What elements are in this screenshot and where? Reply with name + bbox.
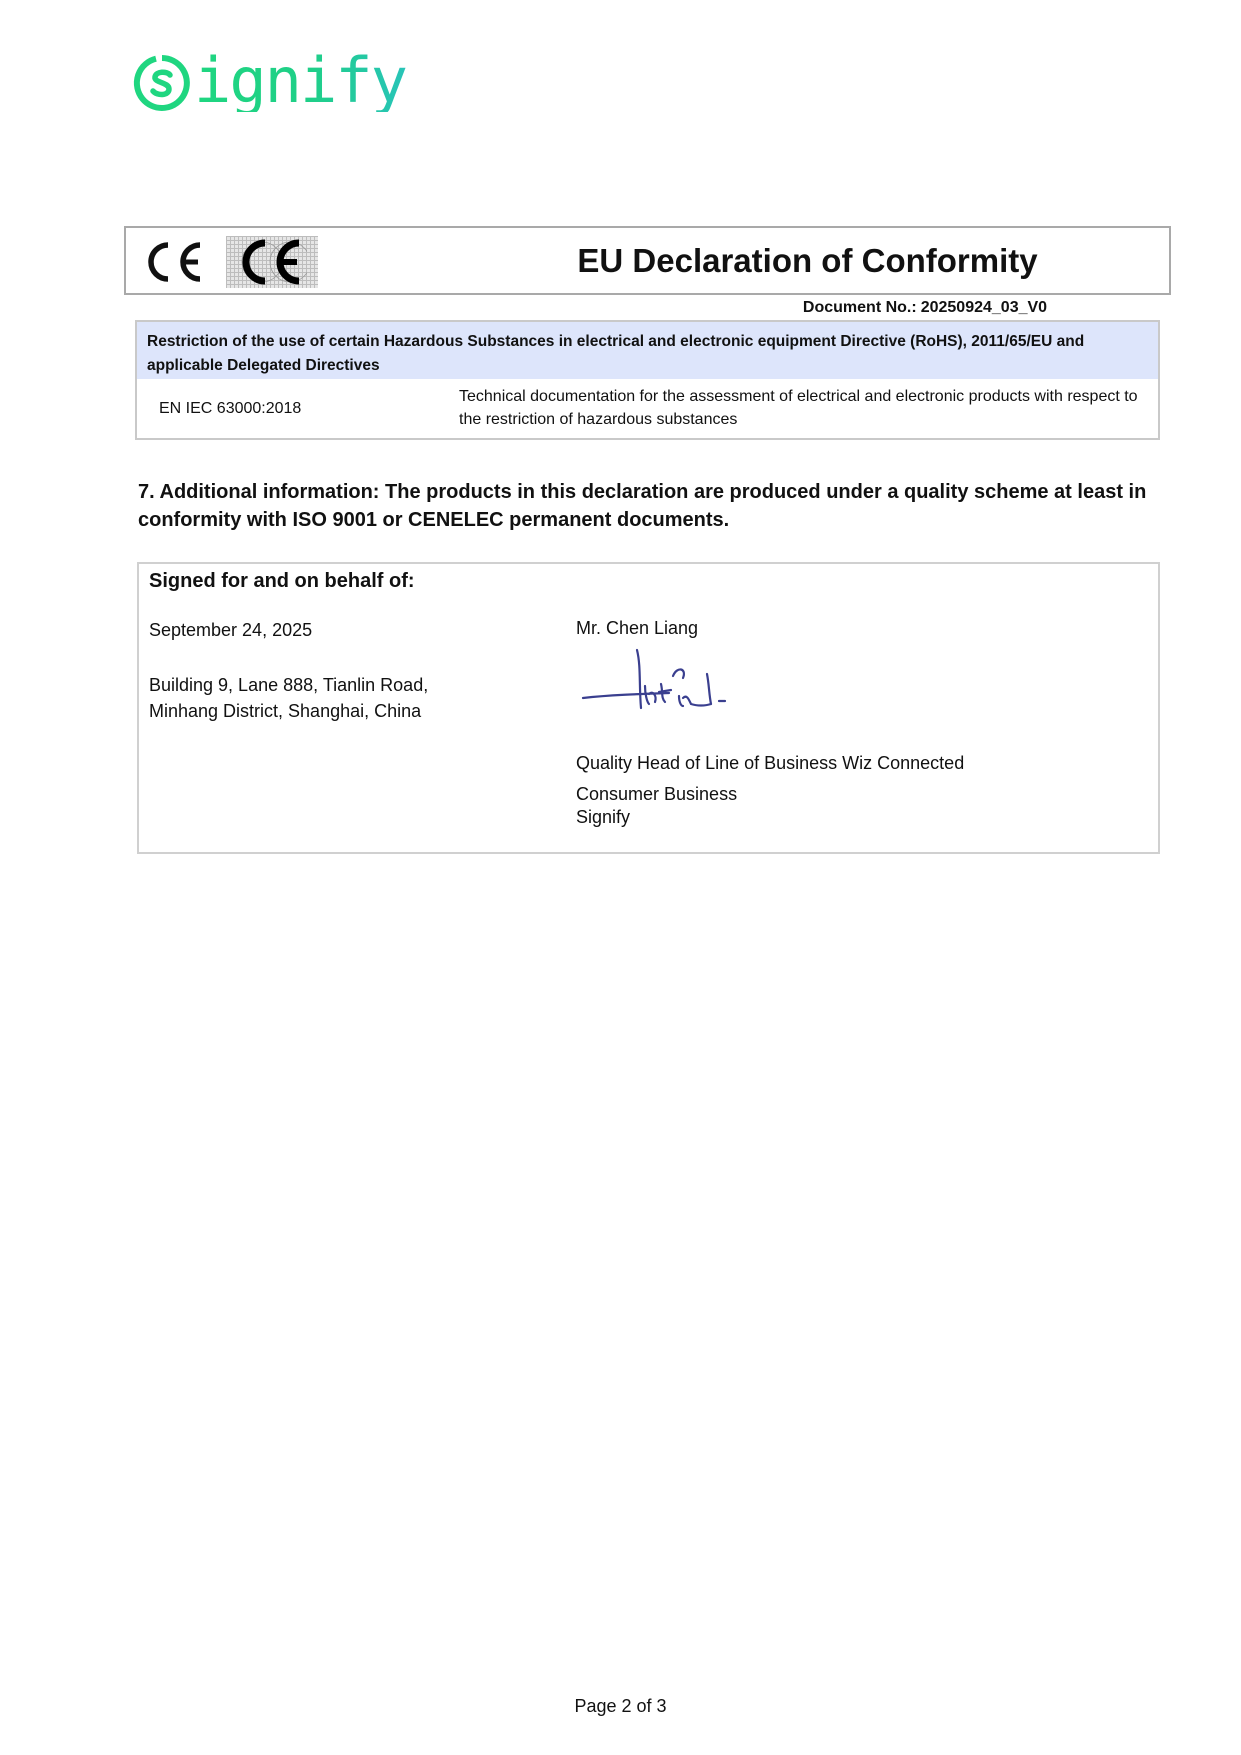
- rohs-table: Restriction of the use of certain Hazard…: [135, 320, 1160, 440]
- handwritten-signature-icon: [579, 646, 759, 726]
- declaration-header: EU Declaration of Conformity: [124, 226, 1171, 295]
- document-number-value: 20250924_03_V0: [921, 299, 1047, 316]
- address-line-2: Minhang District, Shanghai, China: [149, 698, 428, 724]
- document-number-label: Document No.:: [803, 299, 917, 316]
- signature-date: September 24, 2025: [149, 620, 312, 641]
- role-line-1: Quality Head of Line of Business Wiz Con…: [576, 748, 964, 779]
- signify-logo: ignify: [132, 48, 406, 118]
- rohs-table-header: Restriction of the use of certain Hazard…: [137, 322, 1158, 379]
- signatory-role: Quality Head of Line of Business Wiz Con…: [576, 748, 964, 810]
- address-line-1: Building 9, Lane 888, Tianlin Road,: [149, 672, 428, 698]
- logo-wordmark: ignify: [194, 50, 406, 112]
- page-title: EU Declaration of Conformity: [466, 228, 1149, 293]
- signatory-name: Mr. Chen Liang: [576, 618, 698, 639]
- role-line-2: Consumer Business: [576, 779, 964, 810]
- standard-cell: EN IEC 63000:2018: [159, 379, 301, 438]
- additional-information: 7. Additional information: The products …: [138, 478, 1168, 534]
- signify-s-ring-icon: [132, 53, 192, 113]
- signature-address: Building 9, Lane 888, Tianlin Road, Minh…: [149, 672, 428, 724]
- document-number: Document No.:20250924_03_V0: [700, 299, 1150, 317]
- table-row: EN IEC 63000:2018 Technical documentatio…: [137, 379, 1158, 438]
- ce-mark-icon: [144, 240, 204, 284]
- signatory-organization: Signify: [576, 807, 630, 828]
- description-cell: Technical documentation for the assessme…: [459, 385, 1149, 431]
- page-number: Page 2 of 3: [0, 1696, 1241, 1717]
- ce-mark-grid-icon: [226, 236, 318, 288]
- signature-block: Signed for and on behalf of: September 2…: [137, 562, 1160, 854]
- signature-heading: Signed for and on behalf of:: [149, 570, 415, 593]
